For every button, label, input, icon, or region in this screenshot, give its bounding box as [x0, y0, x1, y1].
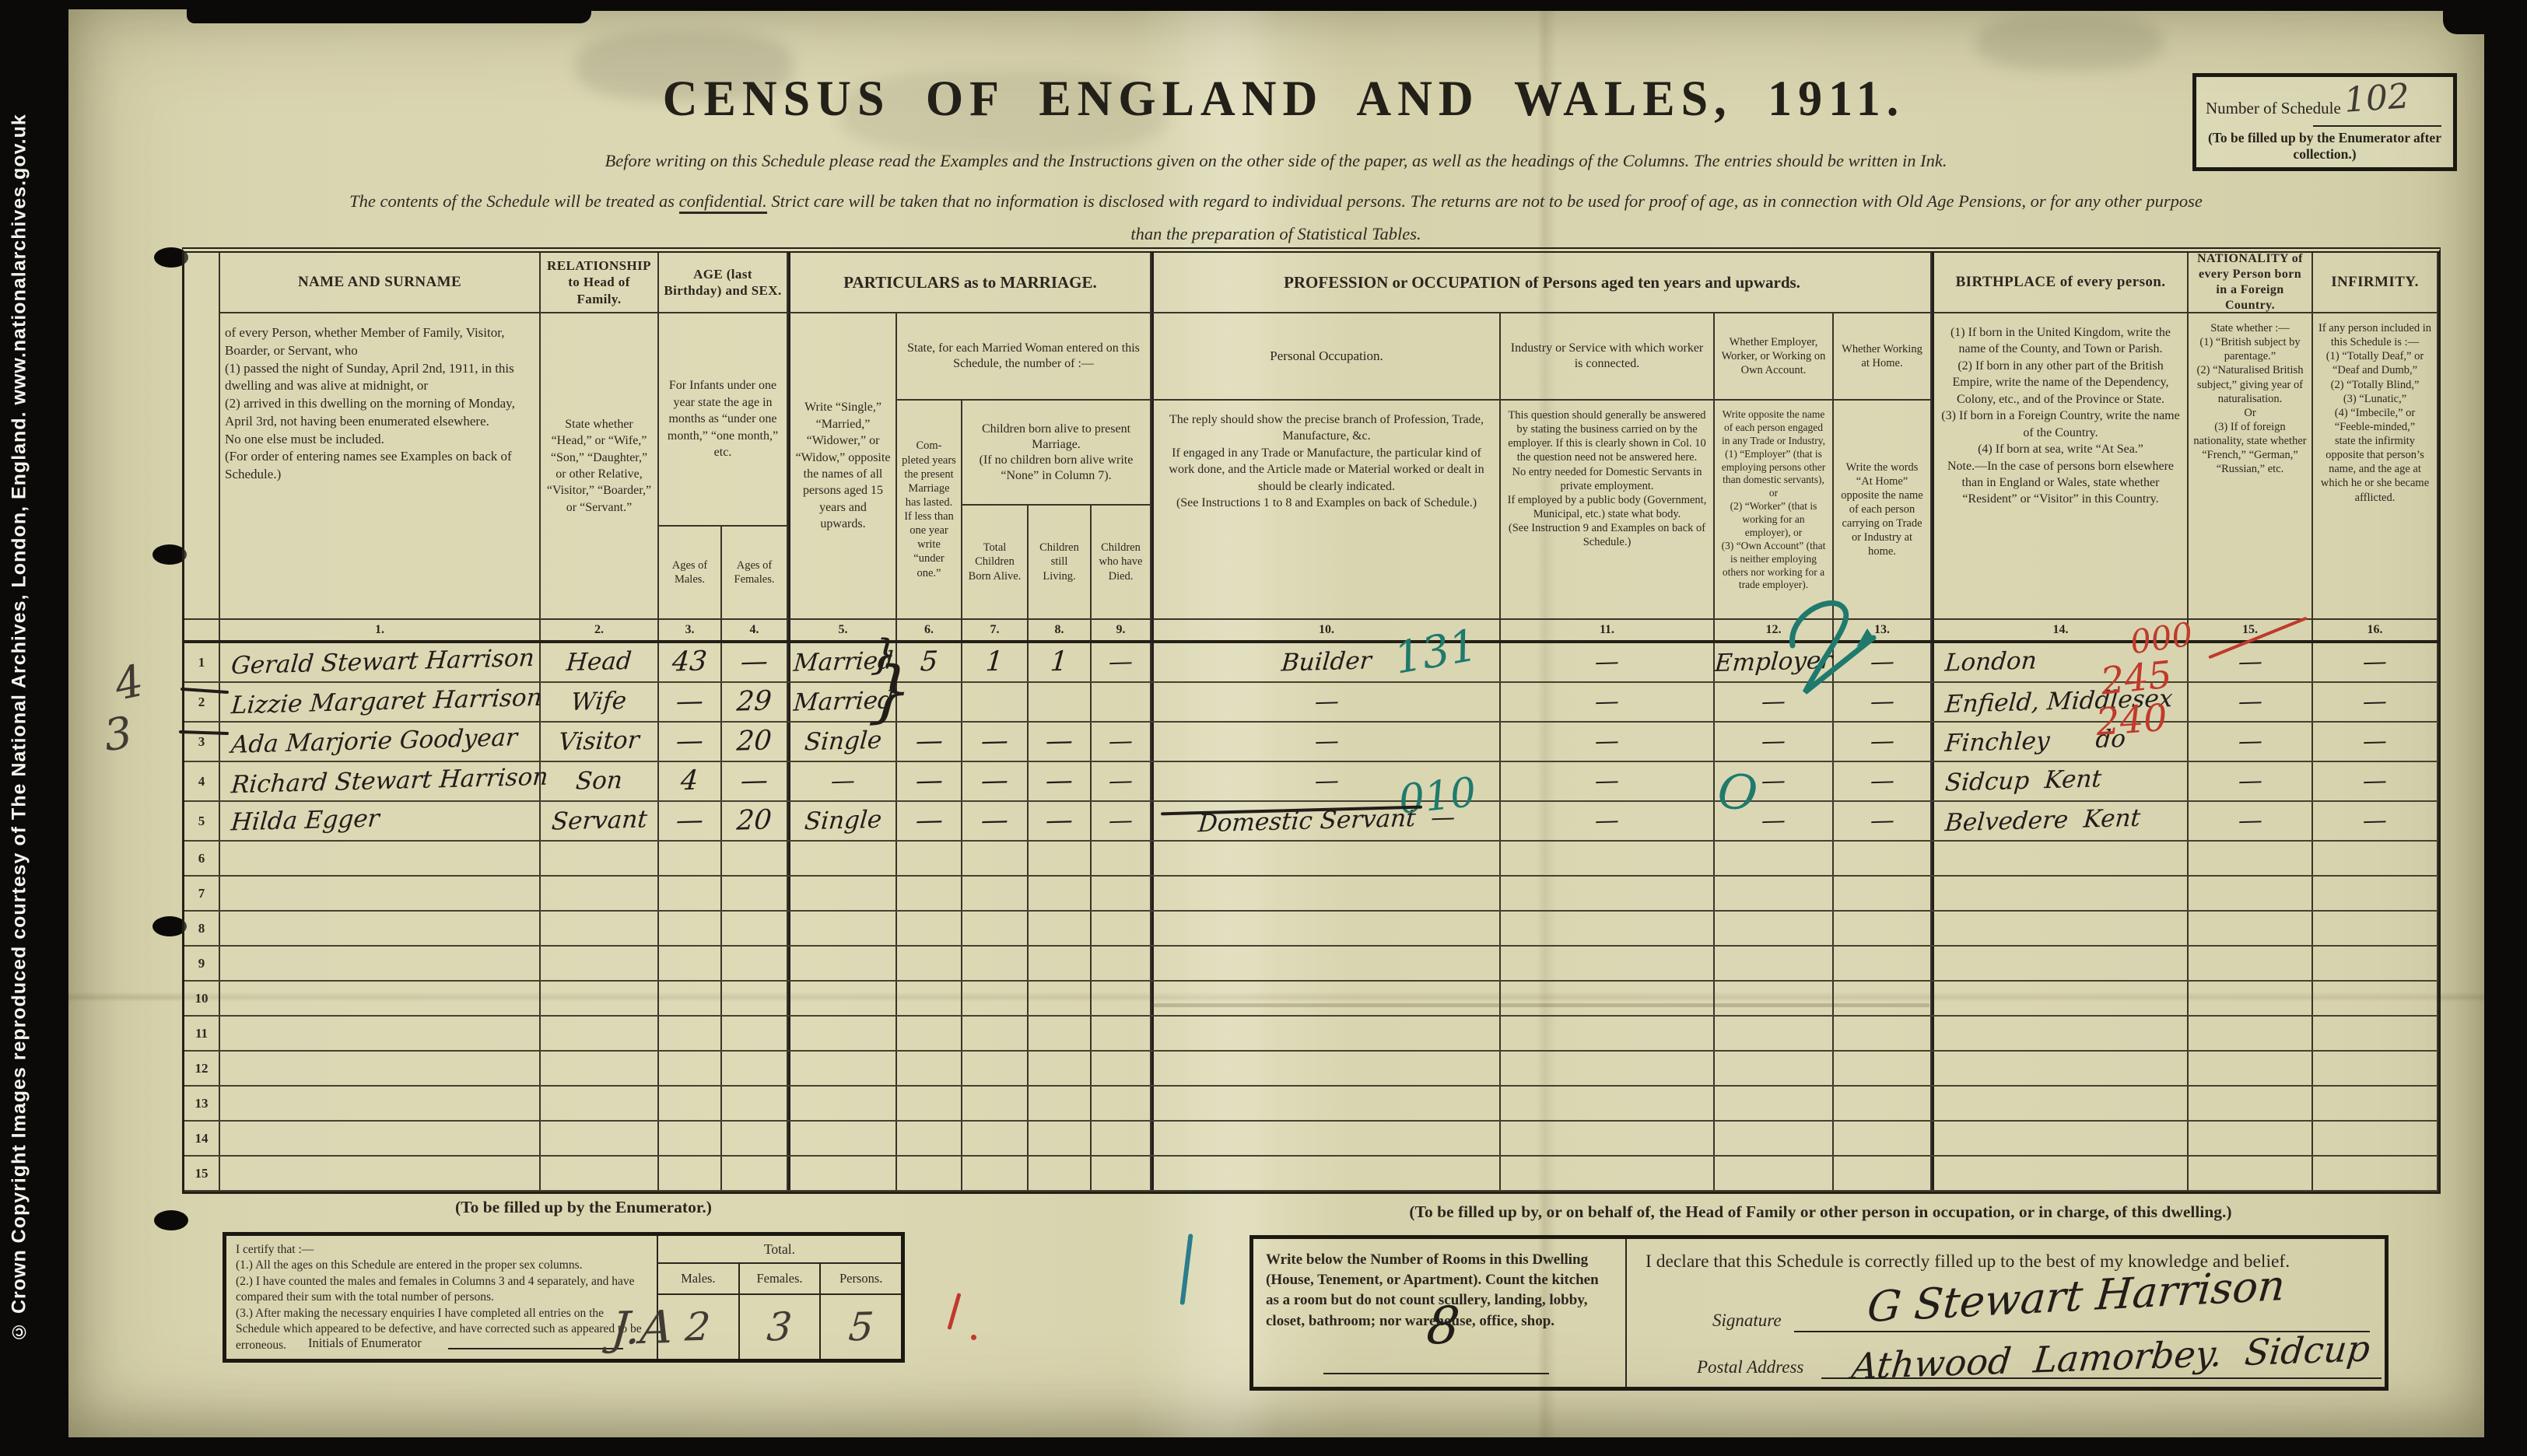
- cell-rel-row9: [541, 947, 659, 980]
- cell-died-row1: —: [1092, 643, 1151, 681]
- cell-mar-row3: Single: [788, 723, 897, 761]
- handwritten-m-row5: —: [675, 807, 705, 835]
- handwritten-yrs-row5: —: [914, 807, 944, 835]
- cell-m-row4: 4: [659, 762, 722, 800]
- cell-nat-row11: [2189, 1017, 2313, 1050]
- row-number-9: 9: [184, 947, 220, 980]
- rooms-pane: Write below the Number of Rooms in this …: [1253, 1239, 1627, 1387]
- cell-died-row5: —: [1092, 802, 1151, 840]
- cell-born-row1: 1: [962, 643, 1029, 681]
- cell-ind-row10: [1501, 982, 1715, 1015]
- row-number-5: 5: [184, 802, 220, 840]
- handwritten-f-row5: 20: [736, 807, 773, 835]
- cell-name-row15: [220, 1157, 541, 1190]
- page-title: CENSUS OF ENGLAND AND WALES, 1911.: [545, 71, 2023, 128]
- cell-m-row15: [659, 1157, 722, 1190]
- totals-values: 2 3 5: [658, 1295, 901, 1359]
- handwritten-f-row2: 29: [736, 688, 773, 716]
- handwritten-mar-row3: Single: [804, 729, 883, 755]
- cell-nat-row14: [2189, 1122, 2313, 1155]
- cell-name-row6: [220, 842, 541, 875]
- instruction-2-post: Strict care will be taken that no inform…: [767, 191, 2203, 211]
- handwritten-died-row5: —: [1108, 809, 1134, 834]
- handwritten-occ-row3: —: [1313, 730, 1339, 754]
- handwritten-rel-row2: Wife: [570, 689, 627, 715]
- enumerator-box: I certify that :— (1.) All the ages on t…: [223, 1232, 905, 1363]
- handwritten-m-row1: 43: [671, 648, 708, 676]
- handwritten-emp-row1: Employer: [1714, 649, 1834, 676]
- handwritten-f-row1: —: [740, 648, 769, 676]
- cell-f-row13: [722, 1087, 788, 1120]
- dwelling-box: Write below the Number of Rooms in this …: [1249, 1235, 2389, 1391]
- cell-emp-row13: [1715, 1087, 1834, 1120]
- cell-ind-row1: —: [1501, 643, 1715, 681]
- column-number-12: 12.: [1715, 620, 1834, 640]
- census-schedule-scan: © Crown Copyright Images reproduced cour…: [0, 0, 2527, 1456]
- handwritten-emp-row5: —: [1761, 809, 1786, 834]
- table-row-2: 2Lizzie Margaret HarrisonWife—29Married—…: [184, 683, 2438, 723]
- table-row-9: 9: [184, 947, 2438, 982]
- cell-liv-row14: [1029, 1122, 1092, 1155]
- census-table: NAME AND SURNAME of every Person, whethe…: [182, 247, 2441, 1194]
- header-col6-desc: Com- pleted years the present Marriage h…: [897, 401, 962, 620]
- scan-tear: [2443, 0, 2527, 34]
- cell-inf-row14: [2313, 1122, 2438, 1155]
- cell-born-row13: [962, 1087, 1029, 1120]
- cell-liv-row2: [1029, 683, 1092, 721]
- cell-name-row1: Gerald Stewart Harrison: [220, 643, 541, 681]
- cell-inf-row12: [2313, 1052, 2438, 1085]
- column-number-14: 14.: [1932, 620, 2189, 640]
- cell-liv-row5: —: [1029, 802, 1092, 840]
- enumerator-certify-text: I certify that :— (1.) All the ages on t…: [236, 1242, 649, 1353]
- cell-yrs-row15: [897, 1157, 962, 1190]
- enumerator-totals-pane: Total. Males. Females. Persons. 2 3 5: [658, 1236, 901, 1359]
- cell-m-row11: [659, 1017, 722, 1050]
- cell-ind-row11: [1501, 1017, 1715, 1050]
- cell-mar-row15: [788, 1157, 897, 1190]
- handwritten-ind-row3: —: [1594, 730, 1620, 754]
- handwritten-liv-row3: —: [1045, 727, 1074, 755]
- handwritten-nat-row4: —: [2237, 769, 2262, 794]
- cell-liv-row7: [1029, 877, 1092, 910]
- cell-died-row7: [1092, 877, 1151, 910]
- cell-yrs-row5: —: [897, 802, 962, 840]
- handwritten-ind-row4: —: [1594, 769, 1620, 794]
- header-name-desc: of every Person, whether Member of Famil…: [220, 313, 541, 620]
- rooms-rule: [1323, 1373, 1549, 1374]
- handwritten-yrs-row4: —: [914, 767, 944, 795]
- cell-nat-row13: [2189, 1087, 2313, 1120]
- handwritten-rel-row5: Servant: [550, 807, 647, 834]
- header-nationality-title: NATIONALITY of every Person born in a Fo…: [2189, 253, 2313, 313]
- header-nationality-desc: State whether :— (1) “British subject by…: [2189, 313, 2313, 620]
- handwritten-birth-row2: Enfield, Middlesex: [1944, 687, 2174, 717]
- cell-mar-row2: Married: [788, 683, 897, 721]
- cell-ind-row14: [1501, 1122, 1715, 1155]
- cell-name-row14: [220, 1122, 541, 1155]
- totals-persons-label: Persons.: [821, 1264, 901, 1293]
- instruction-line-2: The contents of the Schedule will be tre…: [202, 191, 2350, 212]
- instruction-line-3: than the preparation of Statistical Tabl…: [202, 224, 2350, 244]
- cell-rel-row6: [541, 842, 659, 875]
- column-number-16: 16.: [2313, 620, 2438, 640]
- cell-mar-row13: [788, 1087, 897, 1120]
- cell-occ-row7: [1151, 877, 1501, 910]
- cell-occ-row6: [1151, 842, 1501, 875]
- totals-title: Total.: [658, 1236, 901, 1264]
- handwritten-name-row1: Gerald Stewart Harrison: [230, 646, 535, 678]
- column-number-3: 3.: [659, 620, 722, 640]
- handwritten-birth-row5: Belvedere Kent: [1944, 807, 2141, 836]
- cell-emp-row14: [1715, 1122, 1834, 1155]
- cell-liv-row12: [1029, 1052, 1092, 1085]
- cell-born-row3: —: [962, 723, 1029, 761]
- handwritten-birth-row3: Finchley do: [1944, 727, 2126, 756]
- cell-inf-row11: [2313, 1017, 2438, 1050]
- header-birthplace-title: BIRTHPLACE of every person.: [1932, 253, 2189, 313]
- punch-hole: [154, 1210, 188, 1230]
- cell-emp-row9: [1715, 947, 1834, 980]
- cell-born-row4: —: [962, 762, 1029, 800]
- instruction-2-confidential: confidential.: [679, 191, 767, 214]
- column-number-8: 8.: [1029, 620, 1092, 640]
- header-infirmity-desc: If any person included in this Schedule …: [2313, 313, 2438, 620]
- cell-emp-row3: —: [1715, 723, 1834, 761]
- handwritten-inf-row3: —: [2362, 730, 2388, 754]
- header-age-desc: For Infants under one year state the age…: [659, 313, 788, 527]
- header-marriage-group-title: PARTICULARS as to MARRIAGE.: [788, 253, 1151, 313]
- scan-tear: [68, 0, 193, 9]
- cell-f-row3: 20: [722, 723, 788, 761]
- header-children-group: Children born alive to present Marriage.…: [962, 401, 1151, 506]
- cell-nat-row8: [2189, 912, 2313, 945]
- schedule-number-value: 102: [2343, 76, 2410, 121]
- cell-rel-row11: [541, 1017, 659, 1050]
- header-col11-title: Industry or Service with which worker is…: [1501, 313, 1715, 401]
- handwritten-nat-row2: —: [2237, 690, 2262, 715]
- header-profession-group-title: PROFESSION or OCCUPATION of Persons aged…: [1151, 253, 1932, 313]
- cell-rel-row13: [541, 1087, 659, 1120]
- handwritten-home-row1: —: [1869, 650, 1894, 675]
- cell-nat-row12: [2189, 1052, 2313, 1085]
- row-number-1: 1: [184, 643, 220, 681]
- handwritten-yrs-row3: —: [914, 727, 944, 755]
- cell-inf-row13: [2313, 1087, 2438, 1120]
- totals-females-value: 3: [766, 1307, 794, 1347]
- cell-ind-row6: [1501, 842, 1715, 875]
- cell-home-row2: —: [1834, 683, 1932, 721]
- header-name-title: NAME AND SURNAME: [220, 253, 541, 313]
- column-number-10: 10.: [1151, 620, 1501, 640]
- cell-died-row12: [1092, 1052, 1151, 1085]
- cell-home-row7: [1834, 877, 1932, 910]
- cell-home-row10: [1834, 982, 1932, 1015]
- handwritten-emp-row3: —: [1761, 730, 1786, 754]
- row-number-11: 11: [184, 1017, 220, 1050]
- cell-nat-row2: —: [2189, 683, 2313, 721]
- cell-ind-row12: [1501, 1052, 1715, 1085]
- cell-m-row1: 43: [659, 643, 722, 681]
- rooms-instruction: Write below the Number of Rooms in this …: [1266, 1251, 1599, 1329]
- handwritten-ind-row5: —: [1594, 809, 1620, 834]
- cell-born-row6: [962, 842, 1029, 875]
- handwritten-m-row2: —: [675, 688, 705, 716]
- cell-liv-row8: [1029, 912, 1092, 945]
- cell-nat-row9: [2189, 947, 2313, 980]
- cell-inf-row3: —: [2313, 723, 2438, 761]
- cell-mar-row6: [788, 842, 897, 875]
- cell-name-row4: Richard Stewart Harrison: [220, 762, 541, 800]
- handwritten-nat-row1: —: [2237, 650, 2262, 675]
- cell-home-row1: —: [1834, 643, 1932, 681]
- header-relationship-desc: State whether “Head,” or “Wife,” “Son,” …: [541, 313, 659, 620]
- header-married-woman-note: State, for each Married Woman entered on…: [897, 313, 1151, 401]
- cell-born-row12: [962, 1052, 1029, 1085]
- cell-birth-row13: [1932, 1087, 2189, 1120]
- handwritten-yrs-row1: 5: [919, 649, 938, 677]
- cell-born-row9: [962, 947, 1029, 980]
- handwritten-occ-row1: Builder: [1281, 649, 1372, 675]
- cell-emp-row2: —: [1715, 683, 1834, 721]
- cell-yrs-row7: [897, 877, 962, 910]
- cell-rel-row10: [541, 982, 659, 1015]
- cell-home-row14: [1834, 1122, 1932, 1155]
- cell-occ-row1: Builder: [1151, 643, 1501, 681]
- handwritten-birth-row1: London: [1944, 649, 2038, 675]
- cell-died-row10: [1092, 982, 1151, 1015]
- column-number-13: 13.: [1834, 620, 1932, 640]
- cell-occ-row11: [1151, 1017, 1501, 1050]
- cell-name-row13: [220, 1087, 541, 1120]
- handwritten-ind-row2: —: [1594, 690, 1620, 715]
- cell-m-row2: —: [659, 683, 722, 721]
- handwritten-home-row5: —: [1869, 809, 1894, 834]
- table-row-7: 7: [184, 877, 2438, 912]
- cell-name-row7: [220, 877, 541, 910]
- handwritten-mar-row5: Single: [804, 808, 883, 835]
- postal-address-rule: [1821, 1377, 2382, 1379]
- cell-inf-row15: [2313, 1157, 2438, 1190]
- handwritten-inf-row5: —: [2362, 809, 2388, 834]
- cell-nat-row5: —: [2189, 802, 2313, 840]
- column-number-5: 5.: [788, 620, 897, 640]
- cell-birth-row7: [1932, 877, 2189, 910]
- cell-birth-row11: [1932, 1017, 2189, 1050]
- cell-rel-row1: Head: [541, 643, 659, 681]
- cell-emp-row4: —: [1715, 762, 1834, 800]
- cell-name-row9: [220, 947, 541, 980]
- fold-crease: [1151, 1003, 1929, 1007]
- cell-ind-row7: [1501, 877, 1715, 910]
- enumerator-certify-pane: I certify that :— (1.) All the ages on t…: [226, 1236, 658, 1359]
- cell-inf-row1: —: [2313, 643, 2438, 681]
- cell-m-row13: [659, 1087, 722, 1120]
- instruction-2-pre: The contents of the Schedule will be tre…: [349, 191, 678, 211]
- cell-emp-row11: [1715, 1017, 1834, 1050]
- handwritten-died-row4: —: [1108, 769, 1134, 794]
- cell-nat-row7: [2189, 877, 2313, 910]
- header-ages-males: Ages of Males.: [659, 527, 722, 620]
- cell-inf-row4: —: [2313, 762, 2438, 800]
- handwritten-mar-row2: Married: [792, 688, 893, 715]
- cell-yrs-row9: [897, 947, 962, 980]
- header-col10-title: Personal Occupation.: [1151, 313, 1501, 401]
- cell-rel-row15: [541, 1157, 659, 1190]
- enumerator-caption: (To be filled up by the Enumerator.): [233, 1198, 934, 1217]
- cell-inf-row8: [2313, 912, 2438, 945]
- table-row-3: 3Ada Marjorie GoodyearVisitor—20Single——…: [184, 723, 2438, 762]
- cell-occ-row9: [1151, 947, 1501, 980]
- row-number-15: 15: [184, 1157, 220, 1190]
- cell-born-row14: [962, 1122, 1029, 1155]
- cell-emp-row10: [1715, 982, 1834, 1015]
- cell-inf-row5: —: [2313, 802, 2438, 840]
- cell-home-row12: [1834, 1052, 1932, 1085]
- cell-f-row8: [722, 912, 788, 945]
- column-number-6: 6.: [897, 620, 962, 640]
- cell-rel-row8: [541, 912, 659, 945]
- header-age-title: AGE (last Birthday) and SEX.: [659, 253, 788, 313]
- cell-liv-row3: —: [1029, 723, 1092, 761]
- cell-rel-row14: [541, 1122, 659, 1155]
- cell-nat-row6: [2189, 842, 2313, 875]
- cell-died-row2: [1092, 683, 1151, 721]
- cell-home-row13: [1834, 1087, 1932, 1120]
- header-col5-desc: Write “Single,” “Married,” “Widower,” or…: [788, 313, 897, 620]
- column-number-strip: 1.2.3.4.5.6.7.8.9.10.11.12.13.14.15.16.: [184, 620, 2438, 643]
- totals-persons-value: 5: [847, 1307, 875, 1347]
- cell-mar-row12: [788, 1052, 897, 1085]
- dwelling-caption: (To be filled up by, or on behalf of, th…: [1260, 1202, 2381, 1222]
- cell-home-row11: [1834, 1017, 1932, 1050]
- row-number-13: 13: [184, 1087, 220, 1120]
- cell-f-row9: [722, 947, 788, 980]
- row-number-3: 3: [184, 723, 220, 761]
- cell-occ-row13: [1151, 1087, 1501, 1120]
- cell-birth-row14: [1932, 1122, 2189, 1155]
- cell-born-row5: —: [962, 802, 1029, 840]
- handwritten-name-row5: Hilda Egger: [230, 807, 380, 835]
- cell-f-row15: [722, 1157, 788, 1190]
- cell-name-row5: Hilda Egger: [220, 802, 541, 840]
- cell-inf-row6: [2313, 842, 2438, 875]
- handwritten-rel-row3: Visitor: [558, 729, 640, 755]
- handwritten-name-row2: Lizzie Margaret Harrison: [230, 686, 543, 719]
- cell-liv-row15: [1029, 1157, 1092, 1190]
- cell-mar-row10: [788, 982, 897, 1015]
- cell-rel-row12: [541, 1052, 659, 1085]
- cell-f-row14: [722, 1122, 788, 1155]
- cell-inf-row7: [2313, 877, 2438, 910]
- cell-name-row10: [220, 982, 541, 1015]
- cell-died-row15: [1092, 1157, 1151, 1190]
- cell-mar-row14: [788, 1122, 897, 1155]
- header-col10-desc: The reply should show the precise branch…: [1151, 401, 1501, 620]
- header-col13-desc: Write the words “At Home” opposite the n…: [1834, 401, 1932, 620]
- cell-inf-row10: [2313, 982, 2438, 1015]
- column-number-1: 1.: [220, 620, 541, 640]
- column-number-7: 7.: [962, 620, 1029, 640]
- handwritten-nat-row5: —: [2237, 809, 2262, 834]
- row-number-4: 4: [184, 762, 220, 800]
- cell-birth-row5: Belvedere Kent: [1932, 802, 2189, 840]
- cell-f-row2: 29: [722, 683, 788, 721]
- cell-emp-row12: [1715, 1052, 1834, 1085]
- cell-liv-row4: —: [1029, 762, 1092, 800]
- cell-yrs-row1: 5: [897, 643, 962, 681]
- cell-mar-row11: [788, 1017, 897, 1050]
- cell-born-row7: [962, 877, 1029, 910]
- cell-died-row3: —: [1092, 723, 1151, 761]
- header-col8-label: Children still Living.: [1029, 506, 1092, 620]
- cell-ind-row5: —: [1501, 802, 1715, 840]
- cell-nat-row10: [2189, 982, 2313, 1015]
- cell-yrs-row13: [897, 1087, 962, 1120]
- cell-ind-row8: [1501, 912, 1715, 945]
- cell-birth-row1: London: [1932, 643, 2189, 681]
- cell-liv-row1: 1: [1029, 643, 1092, 681]
- handwritten-born-row3: —: [980, 727, 1010, 755]
- signature-rule: [1794, 1331, 2370, 1332]
- cell-mar-row9: [788, 947, 897, 980]
- cell-born-row8: [962, 912, 1029, 945]
- row-number-12: 12: [184, 1052, 220, 1085]
- table-row-6: 6: [184, 842, 2438, 877]
- handwritten-rel-row4: Son: [575, 768, 623, 794]
- cell-nat-row4: —: [2189, 762, 2313, 800]
- cell-rel-row4: Son: [541, 762, 659, 800]
- cell-inf-row2: —: [2313, 683, 2438, 721]
- cell-emp-row15: [1715, 1157, 1834, 1190]
- postal-address-label: Postal Address: [1697, 1357, 1803, 1377]
- initials-rule: [448, 1348, 623, 1349]
- cell-liv-row9: [1029, 947, 1092, 980]
- handwritten-occ-row2: —: [1313, 690, 1339, 715]
- column-number-11: 11.: [1501, 620, 1715, 640]
- header-col9-label: Children who have Died.: [1092, 506, 1151, 620]
- cell-f-row4: —: [722, 762, 788, 800]
- cell-nat-row15: [2189, 1157, 2313, 1190]
- cell-occ-row3: —: [1151, 723, 1501, 761]
- cell-yrs-row12: [897, 1052, 962, 1085]
- cell-f-row1: —: [722, 643, 788, 681]
- table-row-15: 15: [184, 1157, 2438, 1192]
- table-row-4: 4Richard Stewart HarrisonSon4——————————S…: [184, 762, 2438, 802]
- row-number-6: 6: [184, 842, 220, 875]
- header-col13-title: Whether Working at Home.: [1834, 313, 1932, 401]
- table-row-11: 11: [184, 1017, 2438, 1052]
- cell-emp-row5: —: [1715, 802, 1834, 840]
- cell-died-row9: [1092, 947, 1151, 980]
- cell-mar-row8: [788, 912, 897, 945]
- column-number-spacer: [184, 620, 220, 640]
- handwritten-inf-row2: —: [2362, 690, 2388, 715]
- cell-home-row5: —: [1834, 802, 1932, 840]
- row-number-10: 10: [184, 982, 220, 1015]
- handwritten-mar-row1: Married: [792, 649, 893, 675]
- table-row-12: 12: [184, 1052, 2438, 1087]
- cell-name-row8: [220, 912, 541, 945]
- table-row-13: 13: [184, 1087, 2438, 1122]
- cell-home-row8: [1834, 912, 1932, 945]
- table-row-10: 10: [184, 982, 2438, 1017]
- header-col12-title: Whether Employer, Worker, or Working on …: [1715, 313, 1834, 401]
- cell-name-row12: [220, 1052, 541, 1085]
- cell-ind-row2: —: [1501, 683, 1715, 721]
- totals-males-value: 2: [684, 1307, 712, 1347]
- totals-column-labels: Males. Females. Persons.: [658, 1264, 901, 1295]
